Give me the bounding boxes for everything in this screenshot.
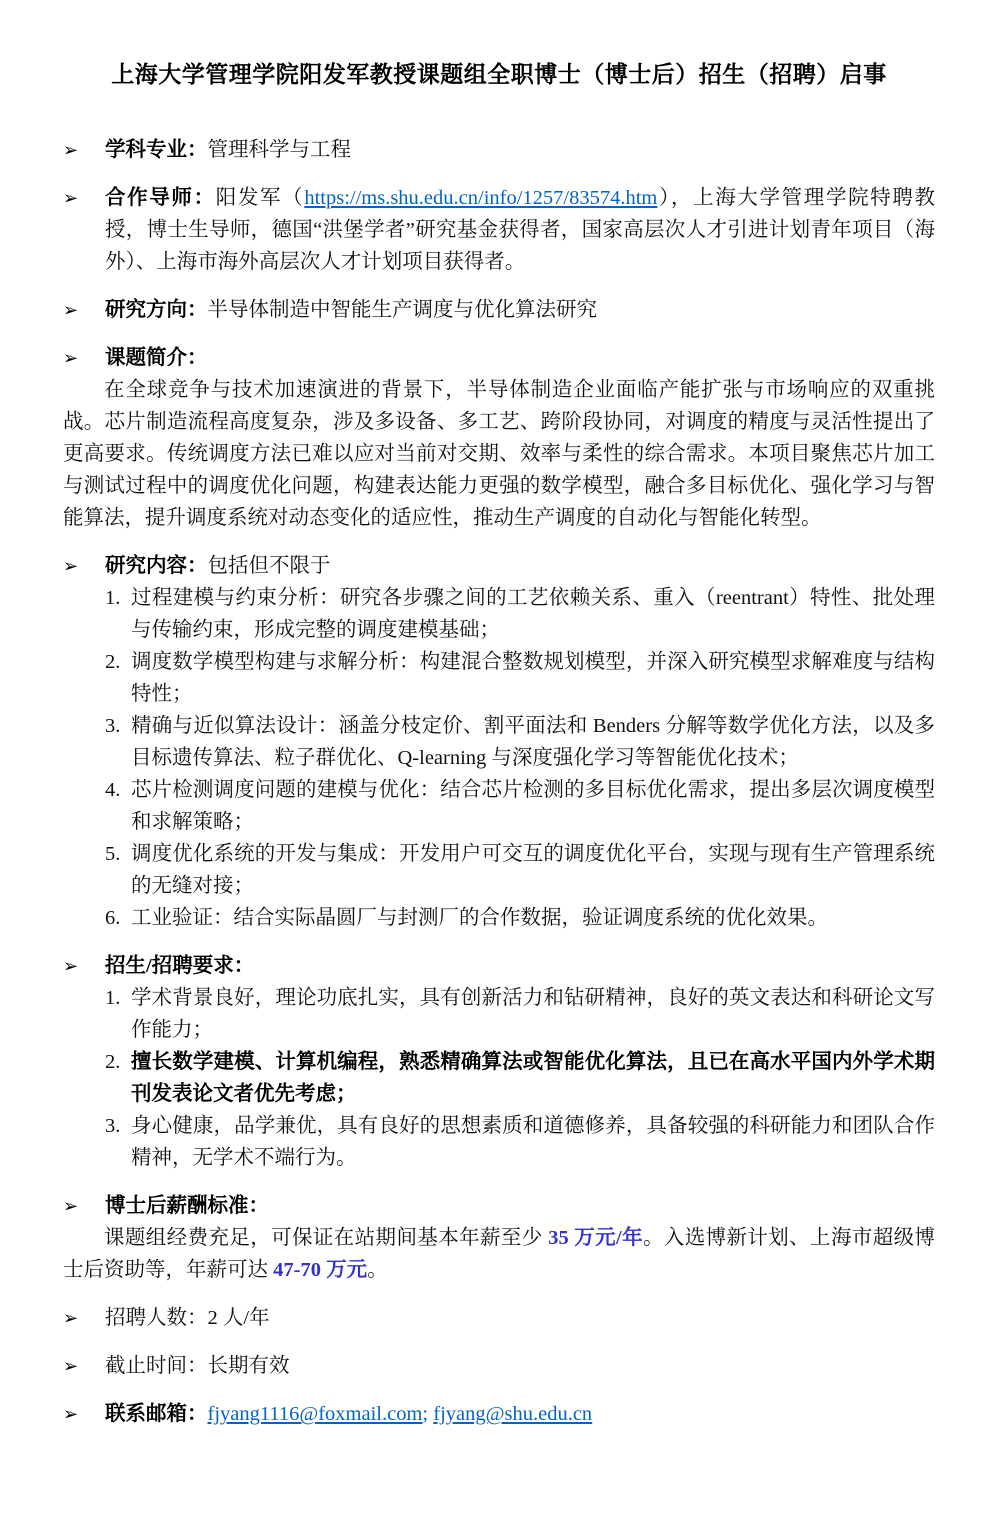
research-label: 研究内容：	[105, 555, 208, 577]
section-research-content: ➢ 研究内容：包括但不限于 1.过程建模与约束分析：研究各步骤之间的工艺依赖关系…	[63, 550, 935, 934]
deadline-label: 截止时间：	[105, 1355, 208, 1377]
item-number: 3.	[105, 1110, 120, 1142]
research-item: 5.调度优化系统的开发与集成：开发用户可交互的调度优化平台，实现与现有生产管理系…	[105, 838, 935, 902]
subject-value: 管理科学与工程	[208, 139, 352, 161]
item-number: 6.	[105, 902, 120, 934]
salary-text: 课题组经费充足，可保证在站期间基本年薪至少	[104, 1227, 548, 1249]
section-requirements: ➢ 招生/招聘要求： 1.学术背景良好，理论功底扎实，具有创新活力和钻研精神，良…	[63, 950, 935, 1174]
contact-label: 联系邮箱：	[105, 1403, 208, 1425]
item-number: 1.	[105, 982, 120, 1014]
salary-text: 。	[367, 1259, 388, 1281]
arrow-bullet-icon: ➢	[63, 1190, 105, 1222]
item-text: 调度数学模型构建与求解分析：构建混合整数规划模型，并深入研究模型求解难度与结构特…	[131, 651, 935, 705]
requirements-label: 招生/招聘要求：	[105, 955, 254, 977]
supervisor-label: 合作导师：	[105, 187, 216, 209]
section-intro: ➢ 课题简介： 在全球竞争与技术加速演进的背景下，半导体制造企业面临产能扩张与市…	[63, 342, 935, 534]
item-number: 1.	[105, 582, 120, 614]
arrow-bullet-icon: ➢	[63, 550, 105, 582]
salary-amount-range: 47-70 万元	[273, 1259, 367, 1281]
subject-label: 学科专业：	[105, 139, 208, 161]
section-salary: ➢ 博士后薪酬标准： 课题组经费充足，可保证在站期间基本年薪至少 35 万元/年…	[63, 1190, 935, 1286]
item-text: 芯片检测调度问题的建模与优化：结合芯片检测的多目标优化需求，提出多层次调度模型和…	[131, 779, 935, 833]
requirement-item: 2.擅长数学建模、计算机编程，熟悉精确算法或智能优化算法，且已在高水平国内外学术…	[105, 1046, 935, 1110]
direction-value: 半导体制造中智能生产调度与优化算法研究	[208, 299, 598, 321]
salary-amount-base: 35 万元/年	[548, 1227, 643, 1249]
intro-label: 课题简介：	[105, 347, 208, 369]
item-number: 4.	[105, 774, 120, 806]
page-title: 上海大学管理学院阳发军教授课题组全职博士（博士后）招生（招聘）启事	[63, 58, 935, 90]
item-text-emphasized: 擅长数学建模、计算机编程，熟悉精确算法或智能优化算法，且已在高水平国内外学术期刊…	[131, 1051, 935, 1105]
research-intro: 包括但不限于	[208, 555, 331, 577]
arrow-bullet-icon: ➢	[63, 342, 105, 374]
requirements-item-list: 1.学术背景良好，理论功底扎实，具有创新活力和钻研精神，良好的英文表达和科研论文…	[105, 982, 935, 1174]
research-item: 6.工业验证：结合实际晶圆厂与封测厂的合作数据，验证调度系统的优化效果。	[105, 902, 935, 934]
item-number: 2.	[105, 1046, 120, 1078]
item-number: 3.	[105, 710, 120, 742]
arrow-bullet-icon: ➢	[63, 182, 105, 214]
supervisor-name: 阳发军（	[216, 187, 305, 209]
intro-paragraph: 在全球竞争与技术加速演进的背景下，半导体制造企业面临产能扩张与市场响应的双重挑战…	[63, 374, 935, 534]
supervisor-profile-link[interactable]: https://ms.shu.edu.cn/info/1257/83574.ht…	[304, 187, 657, 209]
item-text: 身心健康，品学兼优，具有良好的思想素质和道德修养，具备较强的科研能力和团队合作精…	[131, 1115, 935, 1169]
item-text: 学术背景良好，理论功底扎实，具有创新活力和钻研精神，良好的英文表达和科研论文写作…	[131, 987, 935, 1041]
contact-email-foxmail-link[interactable]: fjyang1116@foxmail.com	[208, 1403, 423, 1425]
arrow-bullet-icon: ➢	[63, 134, 105, 166]
arrow-bullet-icon: ➢	[63, 950, 105, 982]
requirement-item: 1.学术背景良好，理论功底扎实，具有创新活力和钻研精神，良好的英文表达和科研论文…	[105, 982, 935, 1046]
section-supervisor: ➢ 合作导师：阳发军（https://ms.shu.edu.cn/info/12…	[63, 182, 935, 278]
salary-paragraph: 课题组经费充足，可保证在站期间基本年薪至少 35 万元/年。入选博新计划、上海市…	[63, 1222, 935, 1286]
item-text: 过程建模与约束分析：研究各步骤之间的工艺依赖关系、重入（reentrant）特性…	[131, 587, 935, 641]
item-text: 工业验证：结合实际晶圆厂与封测厂的合作数据，验证调度系统的优化效果。	[131, 907, 828, 929]
arrow-bullet-icon: ➢	[63, 1398, 105, 1430]
research-item: 4.芯片检测调度问题的建模与优化：结合芯片检测的多目标优化需求，提出多层次调度模…	[105, 774, 935, 838]
salary-label: 博士后薪酬标准：	[105, 1195, 269, 1217]
section-headcount: ➢ 招聘人数：2 人/年	[63, 1302, 935, 1334]
arrow-bullet-icon: ➢	[63, 1302, 105, 1334]
section-direction: ➢ 研究方向：半导体制造中智能生产调度与优化算法研究	[63, 294, 935, 326]
research-item-list: 1.过程建模与约束分析：研究各步骤之间的工艺依赖关系、重入（reentrant）…	[105, 582, 935, 934]
email-separator: ;	[422, 1403, 433, 1425]
item-number: 2.	[105, 646, 120, 678]
requirement-item: 3.身心健康，品学兼优，具有良好的思想素质和道德修养，具备较强的科研能力和团队合…	[105, 1110, 935, 1174]
arrow-bullet-icon: ➢	[63, 1350, 105, 1382]
contact-email-shu-link[interactable]: fjyang@shu.edu.cn	[433, 1403, 592, 1425]
item-text: 精确与近似算法设计：涵盖分枝定价、割平面法和 Benders 分解等数学优化方法…	[131, 715, 935, 769]
section-deadline: ➢ 截止时间：长期有效	[63, 1350, 935, 1382]
research-item: 1.过程建模与约束分析：研究各步骤之间的工艺依赖关系、重入（reentrant）…	[105, 582, 935, 646]
research-item: 2.调度数学模型构建与求解分析：构建混合整数规划模型，并深入研究模型求解难度与结…	[105, 646, 935, 710]
section-subject: ➢ 学科专业：管理科学与工程	[63, 134, 935, 166]
item-text: 调度优化系统的开发与集成：开发用户可交互的调度优化平台，实现与现有生产管理系统的…	[131, 843, 935, 897]
headcount-label: 招聘人数：	[105, 1307, 208, 1329]
document-page: 上海大学管理学院阳发军教授课题组全职博士（博士后）招生（招聘）启事 ➢ 学科专业…	[0, 0, 995, 1528]
section-contact: ➢ 联系邮箱：fjyang1116@foxmail.com; fjyang@sh…	[63, 1398, 935, 1430]
headcount-value: 2 人/年	[208, 1307, 270, 1329]
item-number: 5.	[105, 838, 120, 870]
deadline-value: 长期有效	[208, 1355, 290, 1377]
research-item: 3.精确与近似算法设计：涵盖分枝定价、割平面法和 Benders 分解等数学优化…	[105, 710, 935, 774]
direction-label: 研究方向：	[105, 299, 208, 321]
arrow-bullet-icon: ➢	[63, 294, 105, 326]
